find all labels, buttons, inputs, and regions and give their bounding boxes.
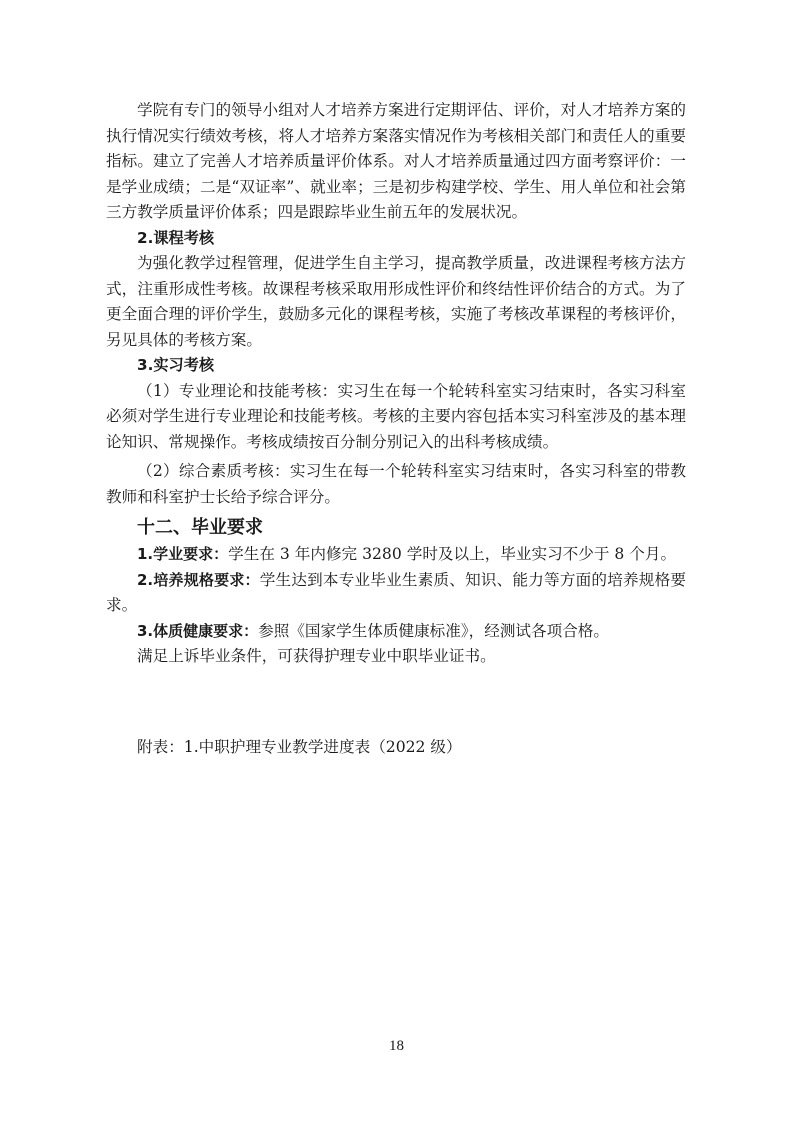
page-number: 18 xyxy=(0,1038,793,1055)
requirement-academic: 1.学业要求：学生在 3 年内修完 3280 学时及以上，毕业实习不少于 8 个… xyxy=(106,542,686,568)
appendix-note: 附表：1.中职护理专业教学进度表（2022 级） xyxy=(137,735,462,760)
course-assessment-paragraph: 为强化教学过程管理，促进学生自主学习，提高教学质量，改进课程考核方法方式，注重形… xyxy=(106,251,686,353)
graduation-requirements-heading: 十二、毕业要求 xyxy=(106,514,686,542)
requirement-text: 学生在 3 年内修完 3280 学时及以上，毕业实习不少于 8 个月。 xyxy=(228,545,676,563)
evaluation-paragraph: 学院有专门的领导小组对人才培养方案进行定期评估、评价，对人才培养方案的执行情况实… xyxy=(106,98,686,226)
page-content: 学院有专门的领导小组对人才培养方案进行定期评估、评价，对人才培养方案的执行情况实… xyxy=(106,98,686,670)
requirement-training-spec: 2.培养规格要求：学生达到本专业毕业生素质、知识、能力等方面的培养规格要求。 xyxy=(106,568,686,619)
internship-item-comprehensive: （2）综合素质考核：实习生在每一个轮转科室实习结束时，各实习科室的带教教师和科室… xyxy=(106,459,686,510)
requirement-text: 参照《国家学生体质健康标准》，经测试各项合格。 xyxy=(258,622,609,640)
document-page: 学院有专门的领导小组对人才培养方案进行定期评估、评价，对人才培养方案的执行情况实… xyxy=(0,0,793,1122)
requirement-label: 2.培养规格要求： xyxy=(137,571,260,589)
requirement-label: 1.学业要求： xyxy=(137,545,228,563)
requirement-physical-health: 3.体质健康要求：参照《国家学生体质健康标准》，经测试各项合格。 xyxy=(106,619,686,645)
requirement-label: 3.体质健康要求： xyxy=(137,622,258,640)
internship-item-professional: （1）专业理论和技能考核：实习生在每一个轮转科室实习结束时，各实习科室必须对学生… xyxy=(106,379,686,456)
course-assessment-heading: 2.课程考核 xyxy=(106,226,686,252)
internship-assessment-heading: 3.实习考核 xyxy=(106,353,686,379)
graduation-closing: 满足上诉毕业条件，可获得护理专业中职毕业证书。 xyxy=(106,644,686,670)
